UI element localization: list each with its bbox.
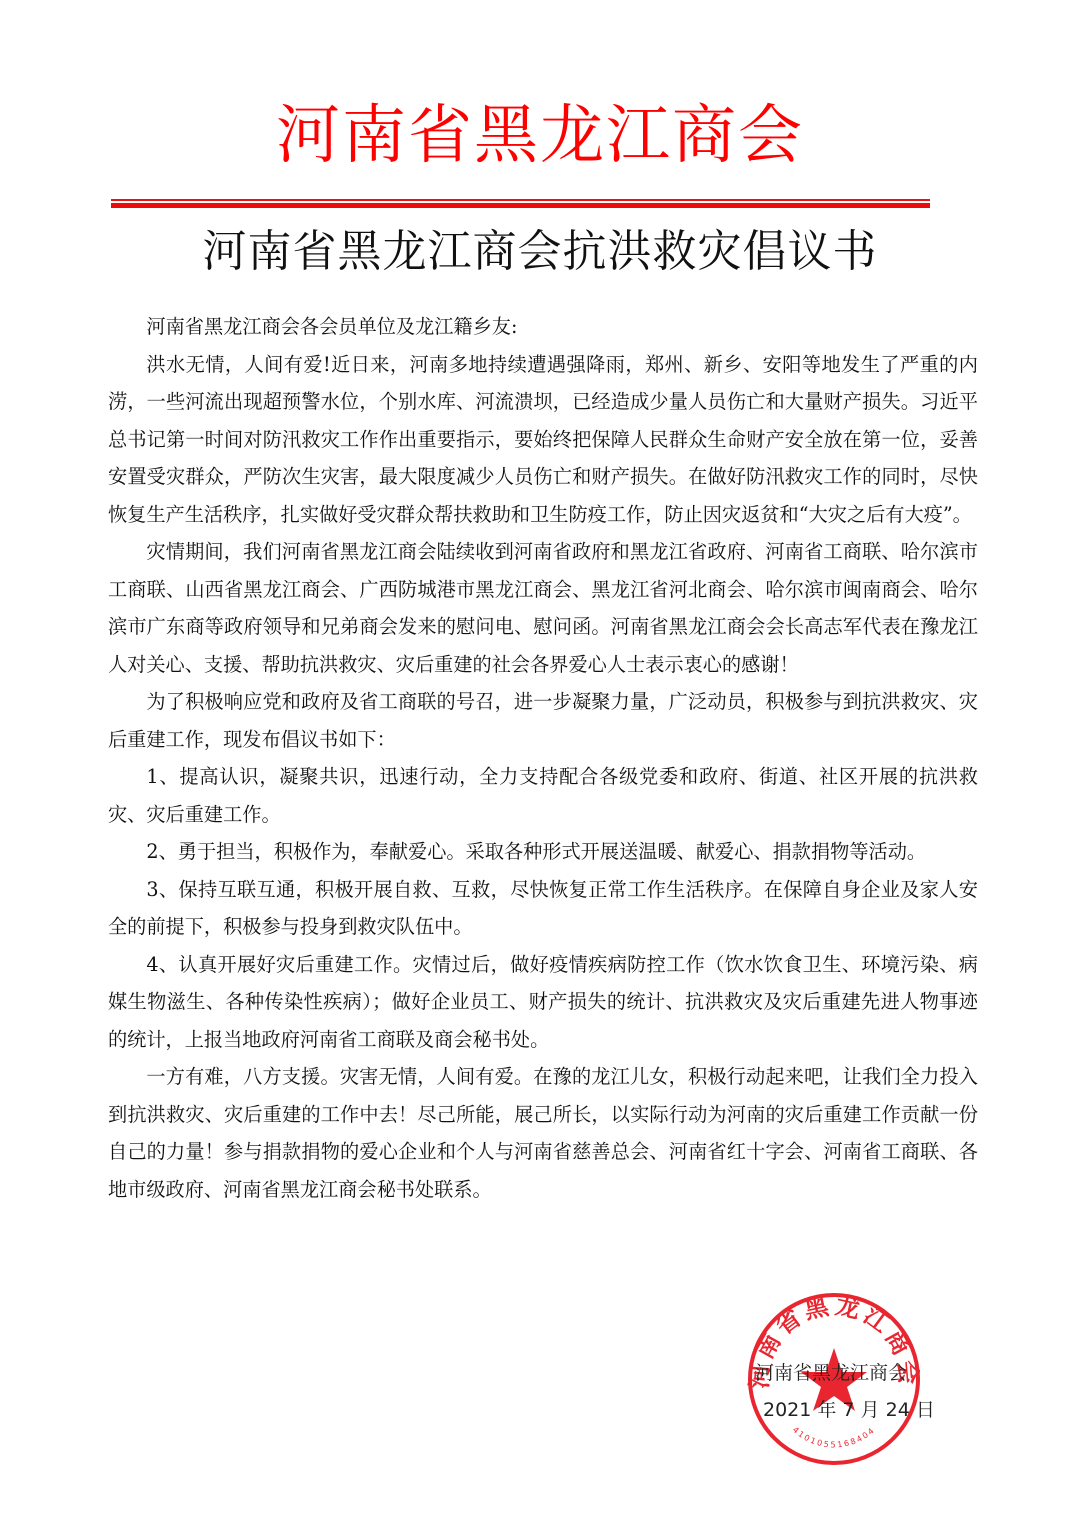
document-title: 河南省黑龙江商会抗洪救灾倡议书 (0, 222, 1080, 282)
document-body: 河南省黑龙江商会各会员单位及龙江籍乡友: 洪水无情，人间有爱!近日来，河南多地持… (108, 308, 978, 1208)
letterhead-rule-thick (111, 203, 930, 208)
list-item: 4、认真开展好灾后重建工作。灾情过后，做好疫情疾病防控工作（饮水饮食卫生、环境污… (108, 946, 978, 1059)
paragraph: 一方有难，八方支援。灾害无情，人间有爱。在豫的龙江儿女，积极行动起来吧，让我们全… (108, 1058, 978, 1208)
paragraph: 洪水无情，人间有爱!近日来，河南多地持续遭遇强降雨，郑州、新乡、安阳等地发生了严… (108, 346, 978, 534)
list-item: 3、保持互联互通，积极开展自救、互救，尽快恢复正常工作生活秩序。在保障自身企业及… (108, 871, 978, 946)
signature-date: 2021 年 7 月 24 日 (755, 1392, 935, 1429)
salutation: 河南省黑龙江商会各会员单位及龙江籍乡友: (108, 308, 978, 346)
letterhead-rule-thin (111, 199, 930, 201)
paragraph: 灾情期间，我们河南省黑龙江商会陆续收到河南省政府和黑龙江省政府、河南省工商联、哈… (108, 533, 978, 683)
list-item: 2、勇于担当，积极作为，奉献爱心。采取各种形式开展送温暖、献爱心、捐款捐物等活动… (108, 833, 978, 871)
signature-organization: 河南省黑龙江商会 (755, 1355, 935, 1392)
paragraph: 为了积极响应党和政府及省工商联的号召，进一步凝聚力量，广泛动员，积极参与到抗洪救… (108, 683, 978, 758)
list-item: 1、提高认识，凝聚共识，迅速行动，全力支持配合各级党委和政府、街道、社区开展的抗… (108, 758, 978, 833)
signature-block: 河南省黑龙江商会 2021 年 7 月 24 日 (755, 1355, 935, 1429)
letterhead-organization: 河南省黑龙江商会 (0, 96, 1080, 176)
